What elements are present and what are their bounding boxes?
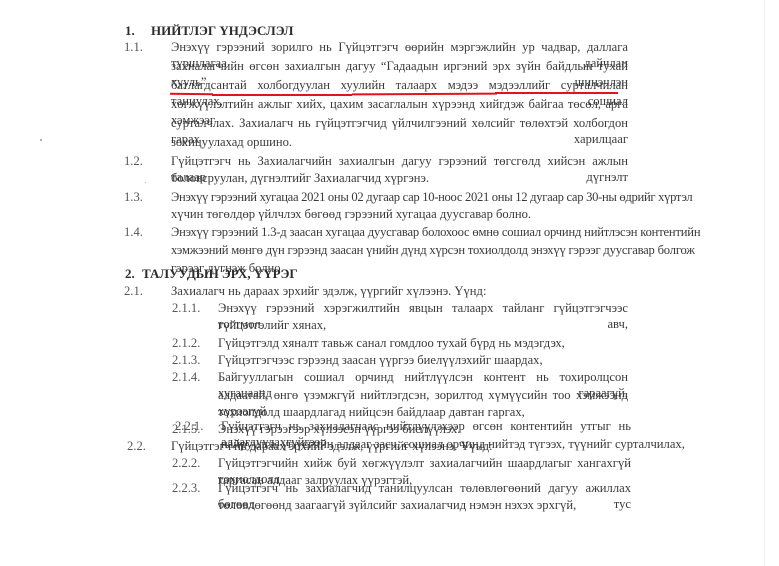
clause-line: Энэхүү гэрээний хугацаа 2021 оны 02 дуга… [171, 189, 692, 205]
section-2-title: ТАЛУУДЫН ЭРХ, ҮҮРЭГ [142, 266, 298, 282]
item-number: 2.1.1. [172, 300, 200, 316]
scanned-contract-page: 1. НИЙТЛЭГ ҮНДЭСЛЭЛ 1.1. Энэхүү гэрээний… [0, 0, 779, 566]
red-underline [495, 92, 560, 94]
page-edge-shadow [764, 0, 765, 566]
item-number: 2.1.4. [172, 369, 200, 385]
red-underline [560, 92, 618, 94]
clause-line: Энэхүү гэрээний 1.3-д заасан хугацаа дуу… [171, 224, 700, 240]
clause-line: хэмжээний мөнгө дүн гэрээнд заасан үнийн… [171, 242, 695, 258]
item-line: гүйцэтгэлийг хянах, [218, 317, 326, 333]
clause-line: Захиалагч нь дараах эрхийг эдэлж, үүргий… [171, 283, 486, 299]
section-1-number: 1. [125, 23, 135, 39]
item-number: 2.2.3. [172, 480, 200, 496]
clause-number: 2.2. [127, 438, 146, 454]
clause-number: 1.2. [124, 153, 143, 169]
scan-speck [145, 182, 146, 183]
item-number: 2.2.2. [172, 455, 200, 471]
section-2-number: 2. [125, 266, 135, 282]
clause-line: боловсруулан, дүгнэлтийг Захиалагчид хүр… [171, 170, 429, 186]
item-line: Гүйцэтгэгчээс гэрээнд заасан үүргээ биел… [218, 352, 543, 368]
item-number: 2.1.3. [172, 352, 200, 368]
clause-number: 1.1. [124, 39, 143, 55]
clause-number: 2.1. [124, 283, 143, 299]
item-line: Гүйцэтгэлд хяналт тавьж санал гомдлоо ту… [218, 335, 565, 351]
item-number: 2.1.2. [172, 335, 200, 351]
clause-number: 1.3. [124, 189, 143, 205]
clause-number: 1.4. [124, 224, 143, 240]
item-line: төлөвлөгөөнд заагаагүй зүйлсийг захиалаг… [218, 497, 576, 513]
clause-line: зохицуулахад оршино. [171, 134, 292, 150]
item-number: 2.2.1. [175, 418, 203, 434]
scan-speck [40, 139, 42, 141]
section-1-title: НИЙТЛЭГ ҮНДЭСЛЭЛ [151, 23, 293, 39]
clause-line: хүчин төгөлдөр үйлчлэх бөгөөд гэрээний х… [171, 206, 531, 222]
item-line-underlined: найруулга, үг үсгийн алдааг засч, сошиал… [221, 436, 685, 452]
